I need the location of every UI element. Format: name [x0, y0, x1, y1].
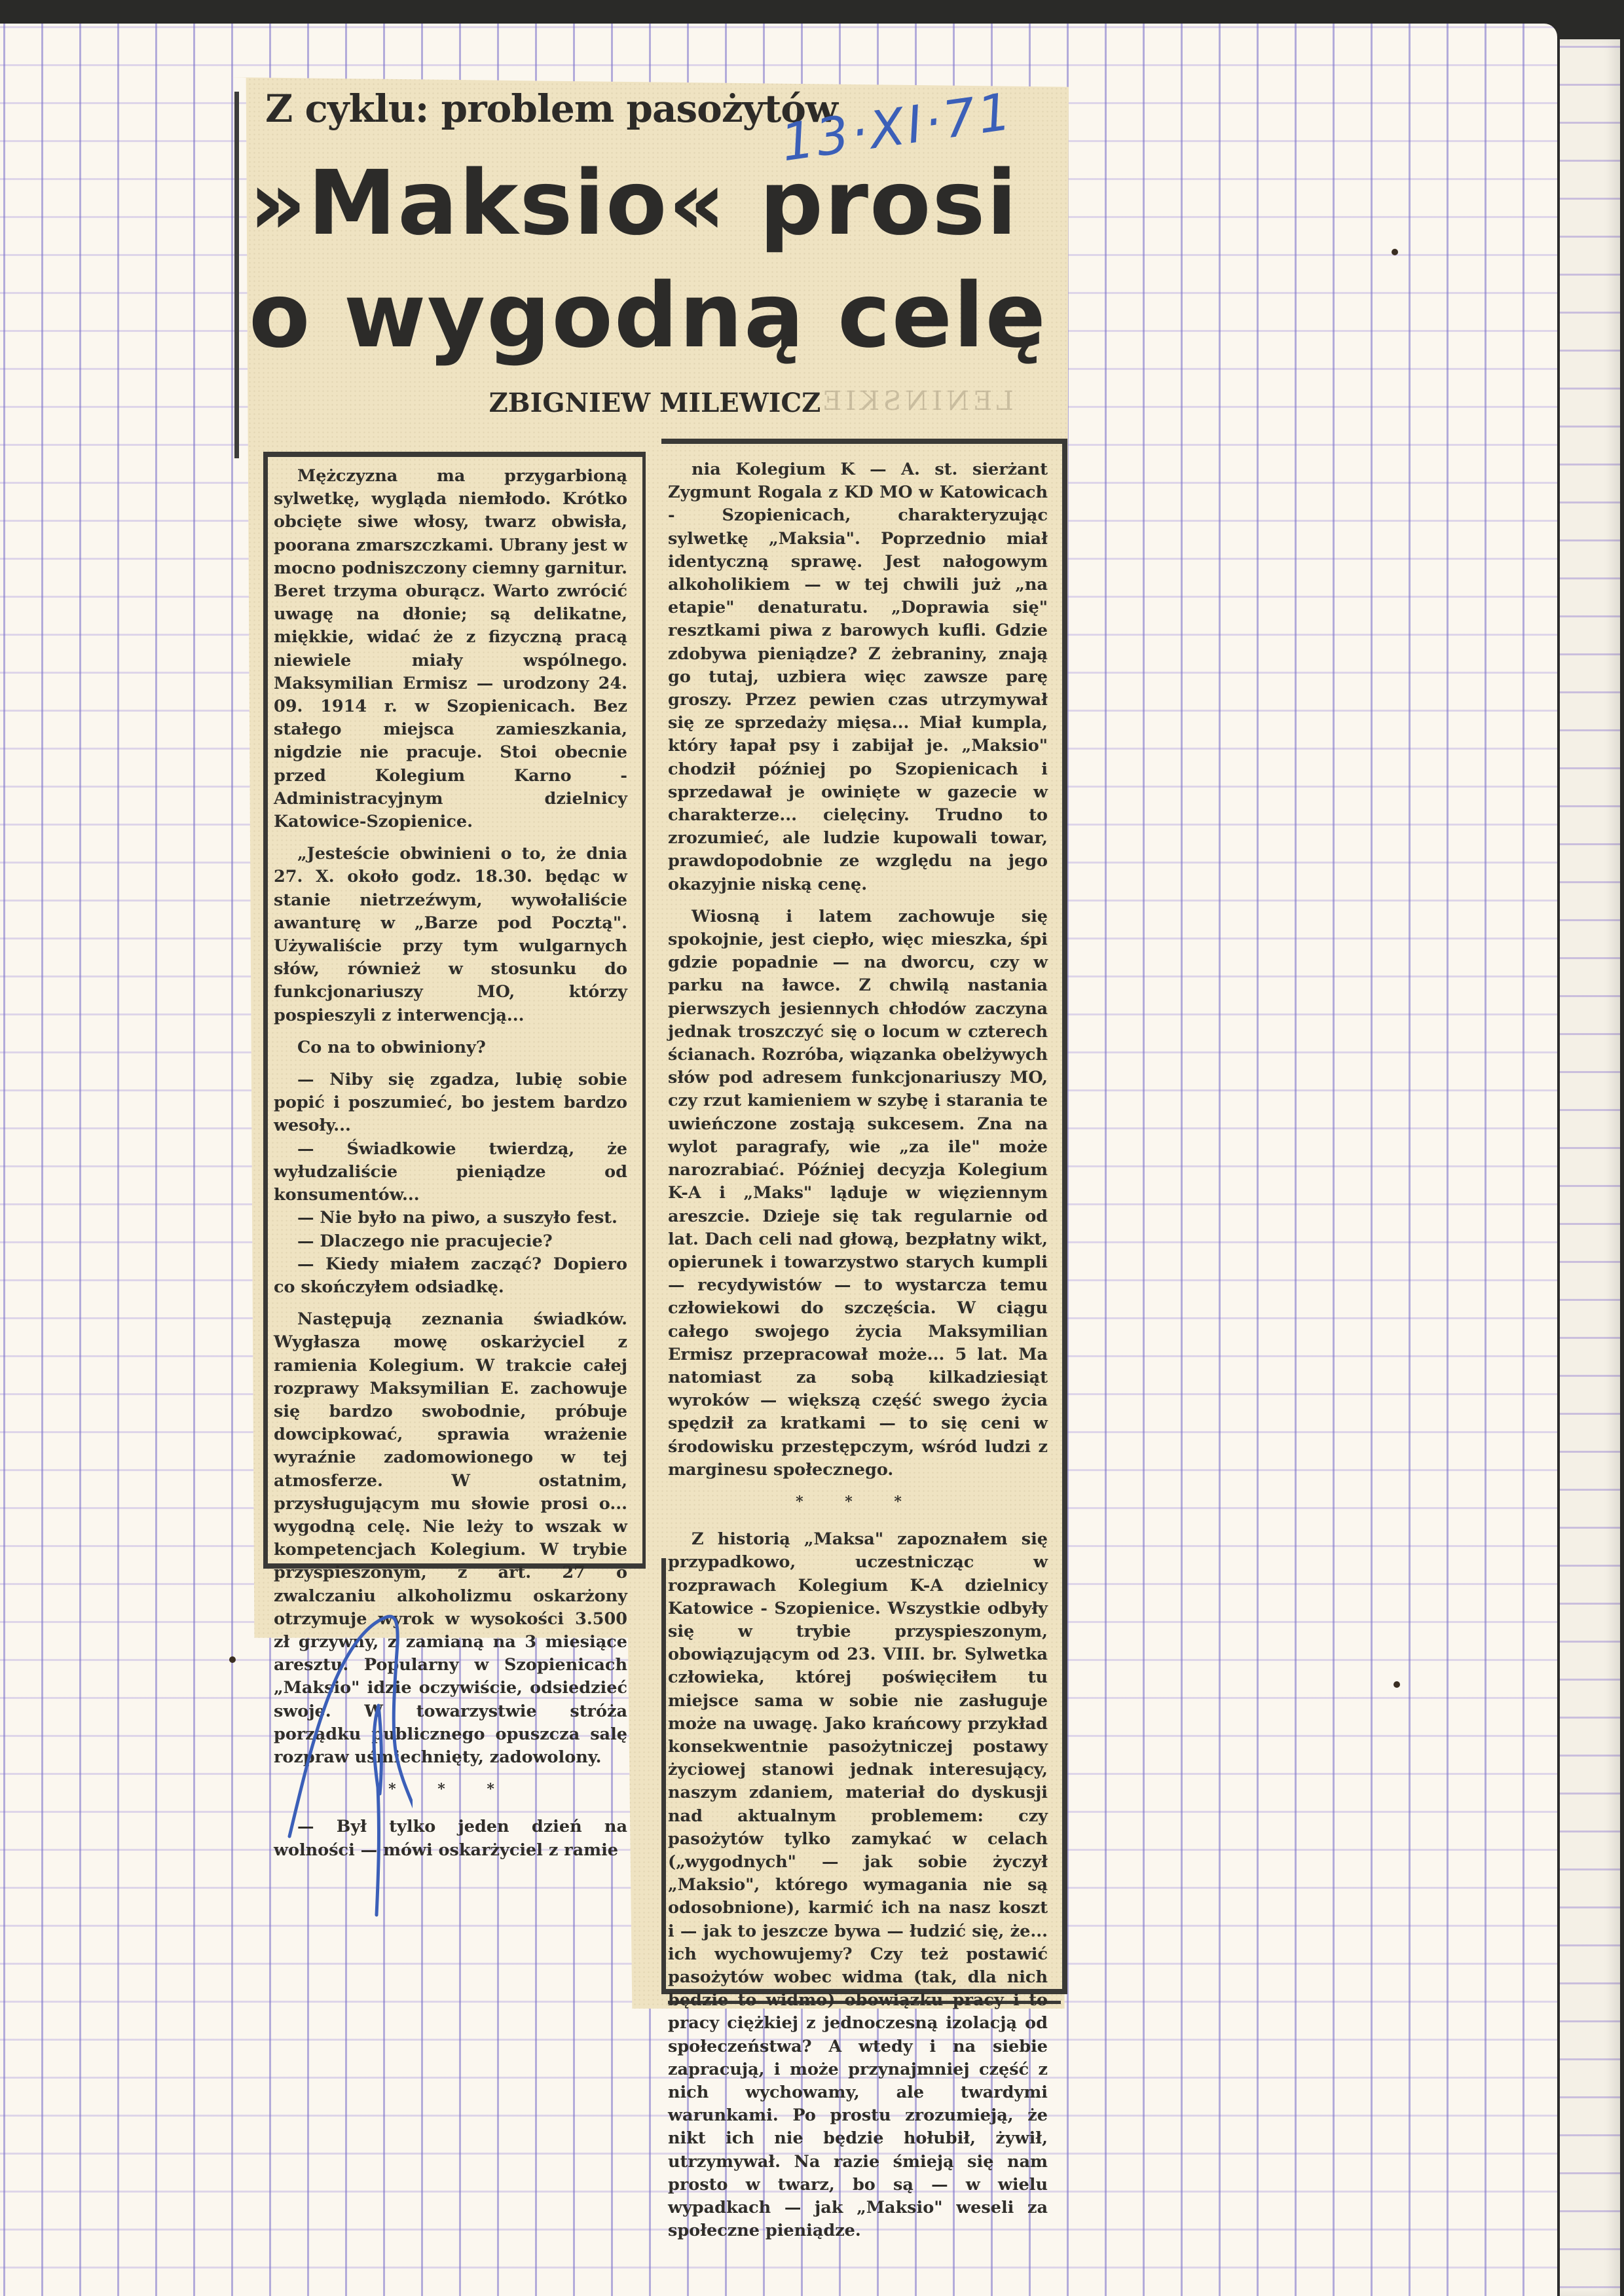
article-paragraph: Mężczyzna ma przygarbioną sylwetkę, wygl… — [274, 465, 627, 833]
page-speck — [1392, 249, 1398, 255]
page-speck — [1393, 1681, 1400, 1688]
headline-line-2: o wygodną celę — [249, 260, 1067, 373]
headline-line-1: »Maksio« prosi — [249, 147, 1067, 260]
handwritten-signature-icon — [282, 1597, 413, 1925]
article-paragraph: — Kiedy miałem zacząć? Dopiero co skończ… — [274, 1253, 627, 1299]
article-paragraph: — Niby się zgadza, lubię sobie popić i p… — [274, 1068, 627, 1138]
article-paragraph: Wiosną i latem zachowuje się spokojnie, … — [668, 905, 1048, 1482]
page-speck — [229, 1656, 236, 1663]
article-paragraph: „Jesteście obwinieni o to, że dnia 27. X… — [274, 843, 627, 1027]
article-paragraph: nia Kolegium K — A. st. sierżant Zygmunt… — [668, 458, 1048, 896]
article-paragraph: Z historią „Maksa" zapoznałem się przypa… — [668, 1528, 1048, 2242]
article-paragraph: — Nie było na piwo, a suszyło fest. — [274, 1207, 627, 1230]
article-paragraph: Co na to obwiniony? — [274, 1036, 627, 1059]
right-frame-lower-left-edge — [661, 1558, 666, 1989]
article-right-column: nia Kolegium K — A. st. sierżant Zygmunt… — [668, 458, 1048, 2251]
article-paragraph: — Świadkowie twierdzą, że wyłudzaliście … — [274, 1138, 627, 1207]
bleed-through-text: LENINSKIE — [819, 386, 1014, 416]
section-separator: * * * — [668, 1491, 1048, 1514]
notebook-next-page — [1560, 39, 1620, 2296]
article-paragraph: — Dlaczego nie pracujecie? — [274, 1230, 627, 1253]
clipping-left-rule — [234, 92, 239, 458]
article-kicker: Z cyklu: problem pasożytów — [265, 86, 838, 131]
article-headline: »Maksio« prosi o wygodną celę — [249, 147, 1067, 373]
